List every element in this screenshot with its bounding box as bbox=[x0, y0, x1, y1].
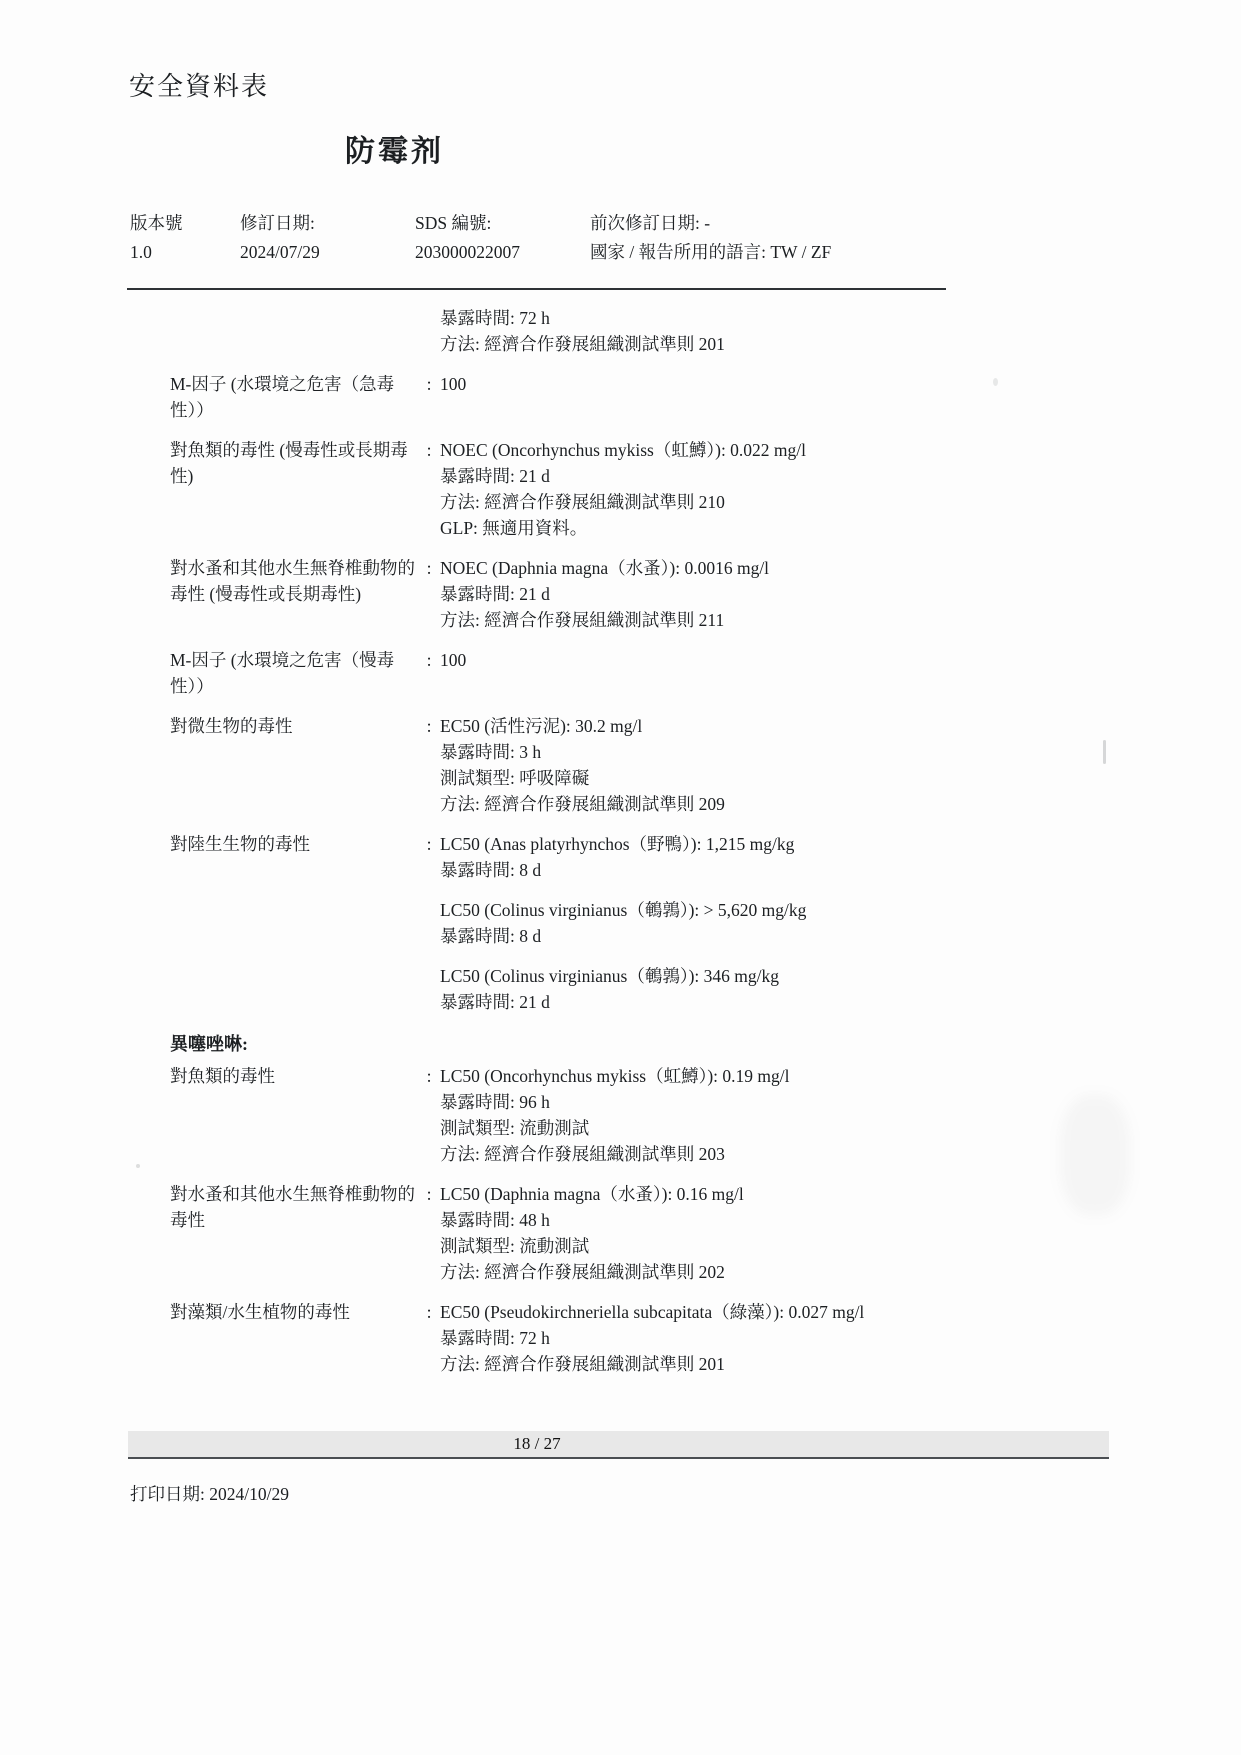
value-line: NOEC (Daphnia magna（水蚤）): 0.0016 mg/l bbox=[440, 555, 948, 581]
toxicity-row-values: EC50 (Pseudokirchneriella subcapitata（綠藻… bbox=[440, 1299, 948, 1377]
toxicity-row-values: LC50 (Oncorhynchus mykiss（虹鱒）): 0.19 mg/… bbox=[440, 1063, 948, 1167]
blank-line bbox=[440, 949, 948, 963]
subsection-heading: 異噻唑啉: bbox=[170, 1031, 248, 1057]
version-label: 版本號 bbox=[130, 209, 183, 238]
version-column: 版本號 1.0 bbox=[130, 209, 183, 267]
value-line: LC50 (Colinus virginianus（鵪鶉）): 346 mg/k… bbox=[440, 963, 948, 989]
revision-date-label: 修訂日期: bbox=[240, 209, 320, 238]
value-line: 100 bbox=[440, 647, 948, 673]
value-line: 暴露時間: 48 h bbox=[440, 1207, 948, 1233]
toxicity-data-section: 暴露時間: 72 h方法: 經濟合作發展組織測試準則 201 M-因子 (水環境… bbox=[0, 305, 1241, 1391]
value-line: 暴露時間: 21 d bbox=[440, 581, 948, 607]
sds-number-label: SDS 編號: bbox=[415, 209, 520, 238]
toxicity-row-values: 暴露時間: 72 h方法: 經濟合作發展組織測試準則 201 bbox=[440, 305, 948, 357]
value-line: NOEC (Oncorhynchus mykiss（虹鱒）): 0.022 mg… bbox=[440, 437, 948, 463]
previous-revision-column: 前次修訂日期: - 國家 / 報告所用的語言: TW / ZF bbox=[590, 209, 831, 267]
toxicity-row-values: NOEC (Daphnia magna（水蚤）): 0.0016 mg/l暴露時… bbox=[440, 555, 948, 633]
value-line: 方法: 經濟合作發展組織測試準則 201 bbox=[440, 1351, 948, 1377]
value-line: 測試類型: 流動測試 bbox=[440, 1233, 948, 1259]
value-line: LC50 (Daphnia magna（水蚤）): 0.16 mg/l bbox=[440, 1181, 948, 1207]
page-number: 18 / 27 bbox=[128, 1431, 946, 1457]
document-type-title: 安全資料表 bbox=[129, 66, 269, 103]
toxicity-row-label: 對藻類/水生植物的毒性 bbox=[170, 1299, 418, 1377]
header-divider-line bbox=[127, 288, 946, 290]
toxicity-row: 暴露時間: 72 h方法: 經濟合作發展組織測試準則 201 bbox=[0, 305, 1241, 357]
value-line: 方法: 經濟合作發展組織測試準則 210 bbox=[440, 489, 948, 515]
toxicity-row: 對魚類的毒性 : LC50 (Oncorhynchus mykiss（虹鱒）):… bbox=[0, 1063, 1241, 1167]
value-line: 100 bbox=[440, 371, 948, 397]
toxicity-row-label: 對魚類的毒性 bbox=[170, 1063, 418, 1167]
toxicity-row-values: LC50 (Daphnia magna（水蚤）): 0.16 mg/l暴露時間:… bbox=[440, 1181, 948, 1285]
sds-number-column: SDS 編號: 203000022007 bbox=[415, 209, 520, 267]
toxicity-row-colon: : bbox=[418, 1181, 440, 1285]
toxicity-row: M-因子 (水環境之危害（慢毒性）） : 100 bbox=[0, 647, 1241, 699]
toxicity-row-label: M-因子 (水環境之危害（急毒性）） bbox=[170, 371, 418, 423]
toxicity-row-colon: : bbox=[418, 647, 440, 699]
blank-line bbox=[440, 883, 948, 897]
toxicity-row-colon: : bbox=[418, 437, 440, 541]
toxicity-row-label: M-因子 (水環境之危害（慢毒性）） bbox=[170, 647, 418, 699]
value-line: 方法: 經濟合作發展組織測試準則 209 bbox=[440, 791, 948, 817]
sds-page: 安全資料表 防霉剂 版本號 1.0 修訂日期: 2024/07/29 SDS 編… bbox=[0, 0, 1241, 1755]
value-line: 方法: 經濟合作發展組織測試準則 201 bbox=[440, 331, 948, 357]
revision-date-value: 2024/07/29 bbox=[240, 238, 320, 267]
toxicity-row-values: 100 bbox=[440, 371, 948, 423]
value-line: LC50 (Anas platyrhynchos（野鴨）): 1,215 mg/… bbox=[440, 831, 948, 857]
toxicity-row-colon: : bbox=[418, 831, 440, 1015]
value-line: LC50 (Oncorhynchus mykiss（虹鱒）): 0.19 mg/… bbox=[440, 1063, 948, 1089]
value-line: 暴露時間: 21 d bbox=[440, 463, 948, 489]
toxicity-row-colon bbox=[418, 305, 440, 357]
value-line: LC50 (Colinus virginianus（鵪鶉）): > 5,620 … bbox=[440, 897, 948, 923]
toxicity-row-label bbox=[170, 305, 418, 357]
toxicity-row-label: 對微生物的毒性 bbox=[170, 713, 418, 817]
toxicity-row: 對微生物的毒性 : EC50 (活性污泥): 30.2 mg/l暴露時間: 3 … bbox=[0, 713, 1241, 817]
value-line: 暴露時間: 72 h bbox=[440, 305, 948, 331]
toxicity-row-colon: : bbox=[418, 371, 440, 423]
value-line: 暴露時間: 72 h bbox=[440, 1325, 948, 1351]
print-date: 打印日期: 2024/10/29 bbox=[130, 1481, 289, 1506]
toxicity-row-colon: : bbox=[418, 713, 440, 817]
value-line: 方法: 經濟合作發展組織測試準則 203 bbox=[440, 1141, 948, 1167]
toxicity-row-values: EC50 (活性污泥): 30.2 mg/l暴露時間: 3 h測試類型: 呼吸障… bbox=[440, 713, 948, 817]
toxicity-row: 對魚類的毒性 (慢毒性或長期毒性) : NOEC (Oncorhynchus m… bbox=[0, 437, 1241, 541]
toxicity-row-values: NOEC (Oncorhynchus mykiss（虹鱒）): 0.022 mg… bbox=[440, 437, 948, 541]
toxicity-row-label: 對水蚤和其他水生無脊椎動物的毒性 bbox=[170, 1181, 418, 1285]
value-line: 暴露時間: 8 d bbox=[440, 923, 948, 949]
value-line: 測試類型: 流動測試 bbox=[440, 1115, 948, 1141]
previous-revision-text: 前次修訂日期: - bbox=[590, 209, 831, 238]
value-line: 方法: 經濟合作發展組織測試準則 211 bbox=[440, 607, 948, 633]
country-language-text: 國家 / 報告所用的語言: TW / ZF bbox=[590, 238, 831, 267]
subsection-heading-row: 異噻唑啉: bbox=[0, 1031, 1241, 1057]
value-line: 暴露時間: 8 d bbox=[440, 857, 948, 883]
sds-number-value: 203000022007 bbox=[415, 238, 520, 267]
toxicity-row: 對水蚤和其他水生無脊椎動物的毒性 : LC50 (Daphnia magna（水… bbox=[0, 1181, 1241, 1285]
toxicity-row: 對藻類/水生植物的毒性 : EC50 (Pseudokirchneriella … bbox=[0, 1299, 1241, 1377]
toxicity-row-colon: : bbox=[418, 555, 440, 633]
toxicity-row-values: LC50 (Anas platyrhynchos（野鴨）): 1,215 mg/… bbox=[440, 831, 948, 1015]
toxicity-row: 對水蚤和其他水生無脊椎動物的毒性 (慢毒性或長期毒性) : NOEC (Daph… bbox=[0, 555, 1241, 633]
toxicity-row-label: 對魚類的毒性 (慢毒性或長期毒性) bbox=[170, 437, 418, 541]
toxicity-row-colon: : bbox=[418, 1063, 440, 1167]
toxicity-row-values: 100 bbox=[440, 647, 948, 699]
value-line: 測試類型: 呼吸障礙 bbox=[440, 765, 948, 791]
value-line: EC50 (Pseudokirchneriella subcapitata（綠藻… bbox=[440, 1299, 948, 1325]
revision-date-column: 修訂日期: 2024/07/29 bbox=[240, 209, 320, 267]
product-name-title: 防霉剂 bbox=[345, 126, 444, 170]
page-number-bar: 18 / 27 bbox=[128, 1431, 1109, 1459]
value-line: 暴露時間: 3 h bbox=[440, 739, 948, 765]
toxicity-row-label: 對水蚤和其他水生無脊椎動物的毒性 (慢毒性或長期毒性) bbox=[170, 555, 418, 633]
toxicity-row-label: 對陸生生物的毒性 bbox=[170, 831, 418, 1015]
value-line: GLP: 無適用資料。 bbox=[440, 515, 948, 541]
toxicity-row: M-因子 (水環境之危害（急毒性）） : 100 bbox=[0, 371, 1241, 423]
value-line: 暴露時間: 21 d bbox=[440, 989, 948, 1015]
value-line: 方法: 經濟合作發展組織測試準則 202 bbox=[440, 1259, 948, 1285]
value-line: EC50 (活性污泥): 30.2 mg/l bbox=[440, 713, 948, 739]
value-line: 暴露時間: 96 h bbox=[440, 1089, 948, 1115]
toxicity-row-colon: : bbox=[418, 1299, 440, 1377]
version-value: 1.0 bbox=[130, 238, 183, 267]
toxicity-row: 對陸生生物的毒性 : LC50 (Anas platyrhynchos（野鴨）)… bbox=[0, 831, 1241, 1015]
